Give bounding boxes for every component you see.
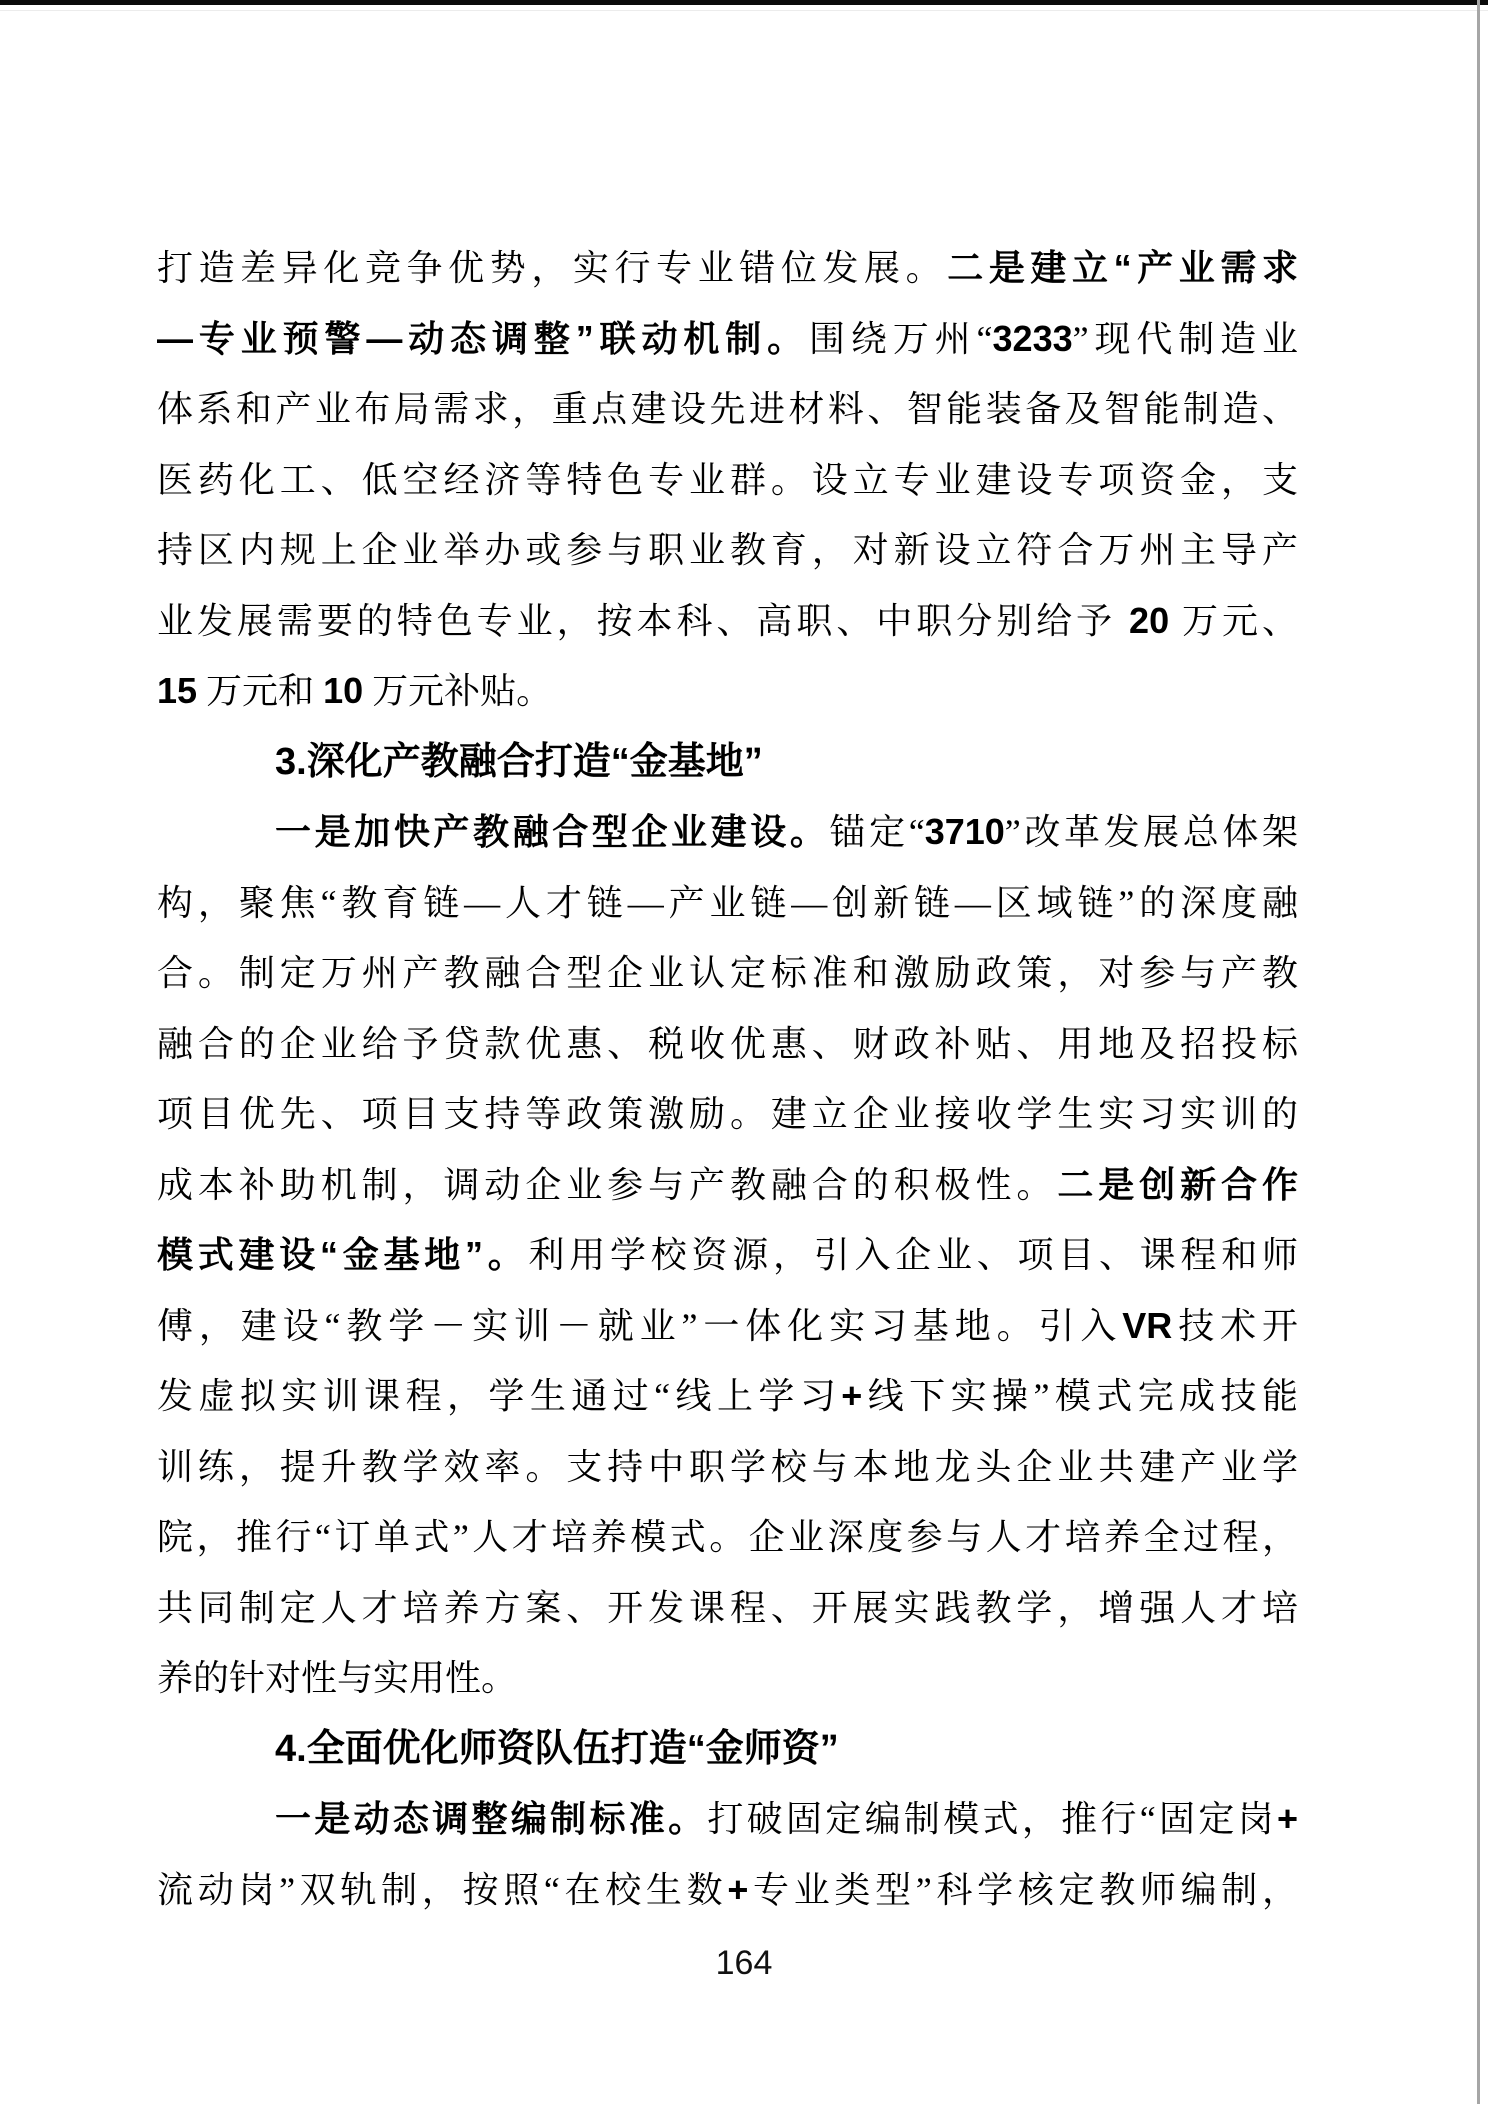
- text-line: —专业预警—动态调整”联动机制。围绕万州“3233”现代制造业: [157, 304, 1298, 375]
- numeral-run: +: [841, 1375, 862, 1416]
- text-run: 线下实操”模式完成技能: [862, 1376, 1298, 1416]
- text-line: 融合的企业给予贷款优惠、税收优惠、财政补贴、用地及招投标: [157, 1009, 1298, 1080]
- text-run: 融合的企业给予贷款优惠、税收优惠、财政补贴、用地及招投标: [157, 1024, 1298, 1064]
- numeral-run: 15: [157, 670, 197, 711]
- numeral-run: 3.: [275, 741, 307, 783]
- numeral-run: +: [727, 1869, 748, 1910]
- text-run: 持区内规上企业举办或参与职业教育，对新设立符合万州主导产: [157, 530, 1298, 570]
- text-run: 训练，提升教学效率。支持中职学校与本地龙头企业共建产业学: [157, 1447, 1298, 1487]
- text-line: 傅，建设“教学－实训－就业”一体化实习基地。引入VR技术开: [157, 1291, 1298, 1362]
- text-run: 围绕万州“: [809, 319, 993, 359]
- bold-run: —专业预警—动态调整”联动机制。: [157, 318, 809, 359]
- text-run: 打破固定编制模式，推行“固定岗: [707, 1799, 1277, 1839]
- text-run: ”现代制造业: [1073, 319, 1298, 359]
- page-edge-line: [1477, 0, 1480, 2104]
- text-line: 项目优先、项目支持等政策激励。建立企业接收学生实习实训的: [157, 1079, 1298, 1150]
- text-run: 万元补贴。: [363, 671, 552, 711]
- text-run: 院，推行“订单式”人才培养模式。企业深度参与人才培养全过程，: [157, 1517, 1298, 1557]
- bold-run: 全面优化师资队伍打造“金师资”: [307, 1728, 839, 1770]
- top-hairline: [0, 10, 1488, 11]
- text-run: 万元和: [197, 671, 323, 711]
- text-line: 15 万元和 10 万元补贴。: [157, 656, 1298, 727]
- text-run: 养的针对性与实用性。: [157, 1658, 517, 1698]
- text-line: 打造差异化竞争优势，实行专业错位发展。二是建立“产业需求: [157, 233, 1298, 304]
- text-line: 合。制定万州产教融合型企业认定标准和激励政策，对参与产教: [157, 938, 1298, 1009]
- page-number: 164: [0, 1941, 1488, 1985]
- text-run: 构，聚焦“教育链—人才链—产业链—创新链—区域链”的深度融: [157, 883, 1298, 923]
- text-line: 共同制定人才培养方案、开发课程、开展实践教学，增强人才培: [157, 1573, 1298, 1644]
- text-line: 一是动态调整编制标准。打破固定编制模式，推行“固定岗+: [157, 1784, 1298, 1855]
- text-line: 一是加快产教融合型企业建设。锚定“3710”改革发展总体架: [157, 797, 1298, 868]
- text-run: 锚定“: [829, 812, 924, 852]
- text-run: 技术开: [1172, 1306, 1298, 1346]
- text-run: 利用学校资源，引入企业、项目、课程和师: [529, 1235, 1298, 1275]
- text-line: 训练，提升教学效率。支持中职学校与本地龙头企业共建产业学: [157, 1432, 1298, 1503]
- text-line: 医药化工、低空经济等特色专业群。设立专业建设专项资金，支: [157, 445, 1298, 516]
- document-page: 打造差异化竞争优势，实行专业错位发展。二是建立“产业需求—专业预警—动态调整”联…: [0, 0, 1488, 2104]
- numeral-run: 4.: [275, 1728, 307, 1770]
- text-run: 专业类型”科学核定教师编制，: [748, 1870, 1298, 1910]
- bold-run: 模式建设“金基地”。: [157, 1234, 529, 1275]
- text-line: 体系和产业布局需求，重点建设先进材料、智能装备及智能制造、: [157, 374, 1298, 445]
- text-run: 傅，建设“教学－实训－就业”一体化实习基地。引入: [157, 1306, 1122, 1346]
- top-edge-bar: [0, 0, 1488, 5]
- text-run: 打造差异化竞争优势，实行专业错位发展。: [157, 248, 947, 288]
- text-line: 院，推行“订单式”人才培养模式。企业深度参与人才培养全过程，: [157, 1502, 1298, 1573]
- bold-run: 深化产教融合打造“金基地”: [307, 741, 763, 783]
- text-run: ”改革发展总体架: [1005, 812, 1298, 852]
- text-run: 项目优先、项目支持等政策激励。建立企业接收学生实习实训的: [157, 1094, 1298, 1134]
- text-line: 模式建设“金基地”。利用学校资源，引入企业、项目、课程和师: [157, 1220, 1298, 1291]
- document-text: 打造差异化竞争优势，实行专业错位发展。二是建立“产业需求—专业预警—动态调整”联…: [157, 233, 1298, 1925]
- numeral-run: 3233: [993, 318, 1073, 359]
- text-run: 万元、: [1169, 601, 1298, 641]
- section-heading: 3.深化产教融合打造“金基地”: [157, 727, 1298, 798]
- numeral-run: 3710: [925, 811, 1005, 852]
- text-line: 养的针对性与实用性。: [157, 1643, 1298, 1714]
- numeral-run: 10: [323, 670, 363, 711]
- text-run: 发虚拟实训课程，学生通过“线上学习: [157, 1376, 841, 1416]
- bold-run: 一是动态调整编制标准。: [275, 1798, 707, 1839]
- section-heading: 4.全面优化师资队伍打造“金师资”: [157, 1714, 1298, 1785]
- bold-run: 一是加快产教融合型企业建设。: [275, 811, 829, 852]
- text-line: 业发展需要的特色专业，按本科、高职、中职分别给予 20 万元、: [157, 586, 1298, 657]
- text-run: 业发展需要的特色专业，按本科、高职、中职分别给予: [157, 601, 1129, 641]
- text-run: 流动岗”双轨制，按照“在校生数: [157, 1870, 727, 1910]
- text-run: 体系和产业布局需求，重点建设先进材料、智能装备及智能制造、: [157, 389, 1298, 429]
- text-line: 持区内规上企业举办或参与职业教育，对新设立符合万州主导产: [157, 515, 1298, 586]
- text-line: 构，聚焦“教育链—人才链—产业链—创新链—区域链”的深度融: [157, 868, 1298, 939]
- text-line: 流动岗”双轨制，按照“在校生数+专业类型”科学核定教师编制，: [157, 1855, 1298, 1926]
- text-run: 共同制定人才培养方案、开发课程、开展实践教学，增强人才培: [157, 1588, 1298, 1628]
- text-line: 成本补助机制，调动企业参与产教融合的积极性。二是创新合作: [157, 1150, 1298, 1221]
- text-run: 医药化工、低空经济等特色专业群。设立专业建设专项资金，支: [157, 460, 1298, 500]
- text-run: 合。制定万州产教融合型企业认定标准和激励政策，对参与产教: [157, 953, 1298, 993]
- numeral-run: VR: [1122, 1305, 1172, 1346]
- numeral-run: 20: [1129, 600, 1169, 641]
- text-line: 发虚拟实训课程，学生通过“线上学习+线下实操”模式完成技能: [157, 1361, 1298, 1432]
- bold-run: 二是创新合作: [1057, 1164, 1298, 1205]
- numeral-run: +: [1277, 1798, 1298, 1839]
- bold-run: 二是建立“产业需求: [947, 247, 1298, 288]
- text-run: 成本补助机制，调动企业参与产教融合的积极性。: [157, 1165, 1057, 1205]
